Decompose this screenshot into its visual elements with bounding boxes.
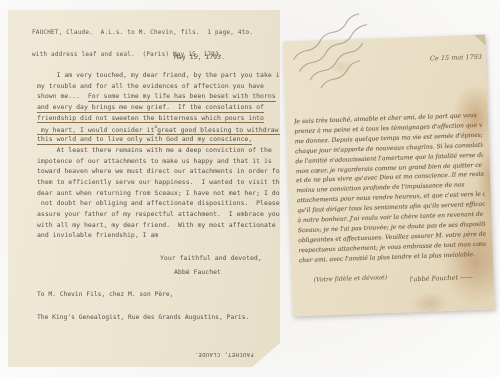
- letter-date: May 15, 1793.: [174, 53, 225, 61]
- manuscript-signature: l'abbé Fauchet ——: [409, 273, 473, 283]
- typed-line: them to efficiently serve our happiness.…: [37, 177, 298, 188]
- typed-line: shown me... For some time my life has be…: [37, 91, 298, 102]
- typed-line: friendship did not sweeten the bitternes…: [37, 113, 298, 124]
- address-line: To M. Chevin Fils, chez M. son Père,: [37, 291, 249, 299]
- folded-corner: [474, 35, 485, 46]
- manuscript-letter-page: Ce 15 mai 1793 Je suis très touché, aima…: [283, 35, 494, 317]
- pencil-annotation: [286, 0, 403, 101]
- typed-line: I am very touched, my dear friend, by th…: [37, 70, 298, 81]
- catalog-header-line: FAUCHET, Claude. A.L.s. to M. Chevin, fi…: [32, 29, 253, 36]
- typed-line: toward heaven where we must direct our a…: [37, 166, 298, 177]
- signature: Abbé Fauchet: [174, 268, 221, 276]
- typed-line: and inviolable friendship, I am: [37, 230, 298, 241]
- manuscript-date: Ce 15 mai 1793: [404, 53, 482, 64]
- photo-backdrop: FAUCHET, Claude. A.L.s. to M. Chevin, fi…: [0, 0, 500, 377]
- typed-letter-page: FAUCHET, Claude. A.L.s. to M. Chevin, fi…: [8, 10, 280, 367]
- typed-line: this world and to live only with God and…: [37, 134, 298, 145]
- manuscript-valediction: (Votre fidèle et dévoué): [313, 274, 387, 284]
- typed-line: with all my heart, my dear friend. With …: [37, 220, 298, 231]
- catalog-header: FAUCHET, Claude. A.L.s. to M. Chevin, fi…: [32, 14, 253, 73]
- typed-line: At least there remains with me a deep co…: [37, 145, 298, 156]
- typed-line: my heart, I would consider itagreat good…: [37, 123, 298, 134]
- valediction: Your faithful and devoted,: [160, 254, 262, 262]
- upside-down-docket: FAUCHET, CLAUDE.: [188, 351, 260, 357]
- typed-line: dear aunt when returning from Sceaux; I …: [37, 188, 298, 199]
- manuscript-body: Je suis très touché, aimable et cher ami…: [294, 111, 487, 266]
- typed-line: assure your father of my respectful atta…: [37, 209, 298, 220]
- typed-body: I am very touched, my dear friend, by th…: [37, 70, 298, 241]
- typed-line: impotence of our attachments to make us …: [37, 156, 298, 167]
- typed-line: my trouble and for all the evidences of …: [37, 81, 298, 92]
- typed-line: not doubt her obliging and affectionate …: [37, 198, 298, 209]
- address-line: The King's Genealogist, Rue des Grands A…: [37, 314, 249, 322]
- typed-line: and every day brings me new grief. If th…: [37, 102, 298, 113]
- address-block: To M. Chevin Fils, chez M. son Père, The…: [37, 276, 249, 337]
